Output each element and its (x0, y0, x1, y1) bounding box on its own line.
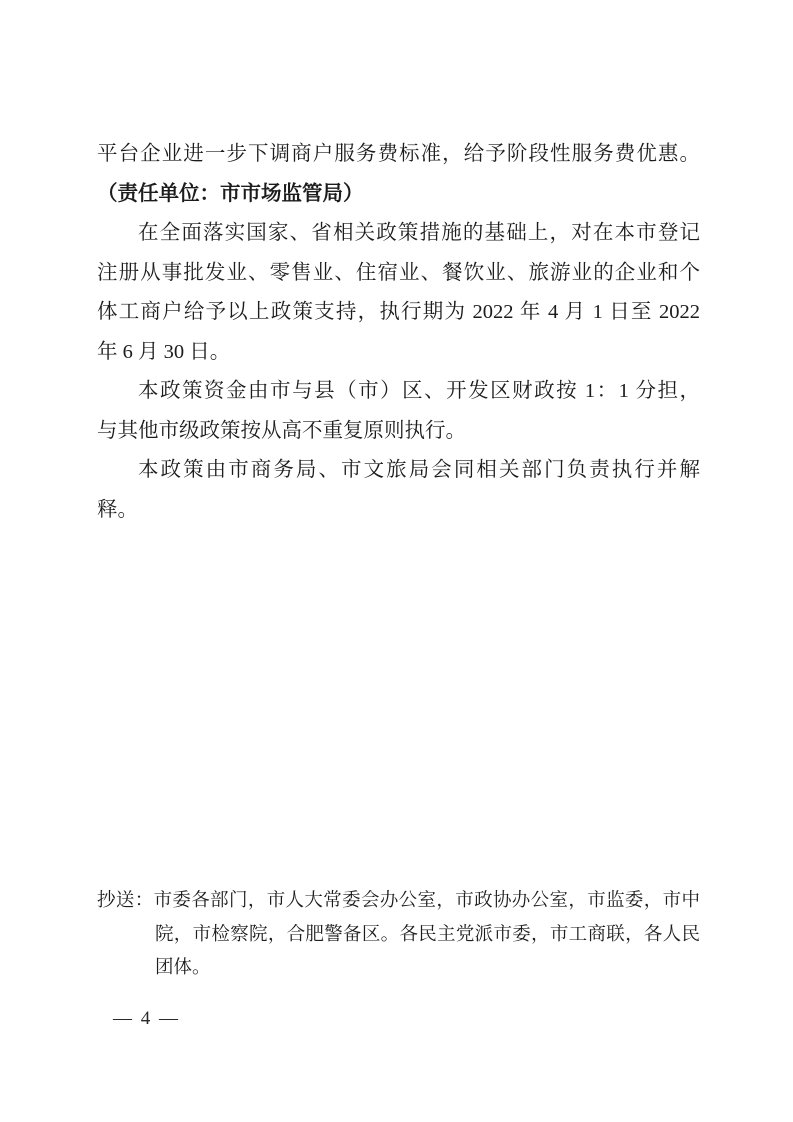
body-line: 本政策由市商务局、市文旅局会同相关部门负责执行并解 (97, 451, 700, 491)
body-line: 释。 (97, 491, 700, 531)
body-line: 在全面落实国家、省相关政策措施的基础上，对在本市登记 (97, 214, 700, 254)
page-number: — 4 — (113, 1008, 180, 1030)
responsible-unit-line: （责任单位：市市场监管局） (97, 175, 700, 215)
cc-line: 院，市检察院，合肥警备区。各民主党派市委，市工商联，各人民 (155, 919, 700, 953)
cc-line: 团体。 (155, 952, 700, 986)
body-line: 体工商户给予以上政策支持，执行期为 2022 年 4 月 1 日至 2022 (97, 293, 700, 333)
body-line: 注册从事批发业、零售业、住宿业、餐饮业、旅游业的企业和个 (97, 254, 700, 294)
policy-body-text: 平台企业进一步下调商户服务费标准，给予阶段性服务费优惠。 （责任单位：市市场监管… (97, 135, 700, 530)
body-line: 本政策资金由市与县（市）区、开发区财政按 1：1 分担， (97, 372, 700, 412)
body-line: 年 6 月 30 日。 (97, 333, 700, 373)
cc-distribution-block: 抄送：市委各部门，市人大常委会办公室，市政协办公室，市监委，市中 院，市检察院，… (97, 885, 700, 986)
body-line: 平台企业进一步下调商户服务费标准，给予阶段性服务费优惠。 (97, 135, 700, 175)
document-page: 平台企业进一步下调商户服务费标准，给予阶段性服务费优惠。 （责任单位：市市场监管… (0, 0, 793, 1122)
cc-line: 抄送：市委各部门，市人大常委会办公室，市政协办公室，市监委，市中 (97, 885, 700, 919)
body-line: 与其他市级政策按从高不重复原则执行。 (97, 412, 700, 452)
